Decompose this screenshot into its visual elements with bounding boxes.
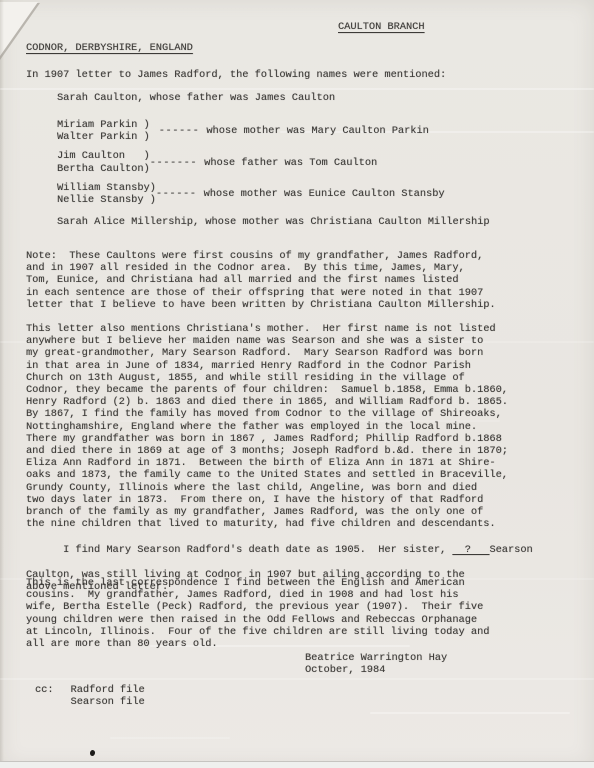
text-line: and died there in 1869 at age of 3 month… [26, 445, 508, 457]
group-names: William Stansby) Nellie Stansby ) [57, 182, 156, 206]
ink-dot [89, 750, 95, 757]
text-line: Nottinghamshire, England where the fathe… [26, 421, 508, 433]
text-line: Radford file [71, 684, 145, 696]
letter-history-paragraph: This letter also mentions Christiana's m… [26, 323, 508, 530]
connector-dashes: ------ [159, 125, 200, 137]
cc-label: cc: [35, 684, 54, 696]
text-line: Searson file [71, 696, 145, 708]
group-relation: whose mother was Eunice Caulton Stansby [204, 188, 445, 200]
connector-dashes: ------ [156, 188, 197, 200]
text-line: There my grandfather was born in 1867 , … [26, 433, 508, 445]
paper-streak [110, 737, 230, 739]
unknown-name-blank: ? [452, 544, 489, 556]
scanned-letter-page: CAULTON BRANCH CODNOR, DERBYSHIRE, ENGLA… [0, 0, 594, 768]
group-name-line: William Stansby) [57, 182, 156, 194]
signature-block: Beatrice Warrington Hay October, 1984 [305, 652, 447, 676]
text-line: This is the last correspondence I find b… [26, 577, 489, 589]
mention-millership: Sarah Alice Millership, whose mother was… [57, 216, 490, 228]
text-line: Church on 13th August, 1855, and while s… [26, 372, 508, 384]
bracket-groups: Miriam Parkin ) Walter Parkin ) ------ w… [57, 119, 445, 213]
text-line: Henry Radford (2) b. 1863 and died there… [26, 396, 508, 408]
text-line: letter that I believe to have been writt… [26, 299, 496, 311]
text-line: By 1867, I find the family has moved fro… [26, 408, 508, 420]
text-line: two days later in 1873. From there on, I… [26, 494, 508, 506]
text-line: branch of the family as my grandfather, … [26, 506, 508, 518]
text-line: all are more than 80 years old. [26, 638, 489, 650]
group-name-line: Miriam Parkin ) [57, 119, 150, 131]
text-line: cousins. My grandfather, James Radford, … [26, 589, 489, 601]
death-line1-prefix: I find Mary Searson Radford's death date… [63, 544, 452, 556]
page-title: CAULTON BRANCH [338, 21, 425, 33]
text-line: my great-grandmother, Mary Searson Radfo… [26, 347, 508, 359]
text-line: wife, Bertha Estelle (Peck) Radford, the… [26, 601, 489, 613]
text-line: at Lincoln, Illinois. Four of the five c… [26, 626, 489, 638]
text-line: Grundy County, Illinois where the last c… [26, 482, 508, 494]
paper-streak [0, 88, 594, 90]
text-line: Note: These Caultons were first cousins … [26, 250, 496, 262]
text-line: anywhere but I believe her maiden name w… [26, 335, 508, 347]
group-relation: whose father was Tom Caulton [204, 157, 377, 169]
group-relation: whose mother was Mary Caulton Parkin [206, 125, 428, 137]
text-line: and in 1907 all resided in the Codnor ar… [26, 262, 496, 274]
bracket-group-parkin: Miriam Parkin ) Walter Parkin ) ------ w… [57, 119, 445, 143]
text-line: young children were then raised in the O… [26, 614, 489, 626]
bracket-group-caulton: Jim Caulton ) Bertha Caulton) ------- wh… [57, 150, 445, 174]
closing-paragraph: This is the last correspondence I find b… [26, 577, 489, 650]
signature-date: October, 1984 [305, 664, 447, 676]
text-line: in each sentence are those of their offs… [26, 287, 496, 299]
group-name-line: Bertha Caulton) [57, 163, 150, 175]
text-line: Eliza Ann Radford in 1871. Between the b… [26, 457, 508, 469]
group-name-line: Walter Parkin ) [57, 131, 150, 143]
cc-block: cc: Radford fileSearson file [35, 684, 145, 708]
signature-name: Beatrice Warrington Hay [305, 652, 447, 664]
group-name-line: Nellie Stansby ) [57, 194, 156, 206]
mention-sarah-caulton: Sarah Caulton, whose father was James Ca… [57, 92, 335, 104]
death-line1-suffix: Searson [489, 544, 532, 556]
paper-left-edge [0, 0, 4, 768]
paper-streak [0, 678, 594, 680]
group-names: Miriam Parkin ) Walter Parkin ) [57, 119, 150, 143]
death-date-line1: I find Mary Searson Radford's death date… [26, 532, 533, 569]
paper-bottom-edge [0, 761, 594, 768]
group-name-line: Jim Caulton ) [57, 150, 150, 162]
text-line: the nine children that lived to maturity… [26, 518, 508, 530]
text-line: in that area in June of 1834, married He… [26, 360, 508, 372]
connector-dashes: ------- [150, 157, 197, 169]
text-line: This letter also mentions Christiana's m… [26, 323, 508, 335]
group-names: Jim Caulton ) Bertha Caulton) [57, 150, 150, 174]
paper-streak [370, 712, 570, 714]
intro-line: In 1907 letter to James Radford, the fol… [26, 69, 446, 81]
text-line: oaks and 1873, the family came to the Un… [26, 469, 508, 481]
text-line: Tom, Eunice, and Christiana had all marr… [26, 274, 496, 286]
location-heading: CODNOR, DERBYSHIRE, ENGLAND [26, 42, 193, 54]
bracket-group-stansby: William Stansby) Nellie Stansby ) ------… [57, 182, 445, 206]
text-line: Codnor, they became the parents of four … [26, 384, 508, 396]
cc-items: Radford fileSearson file [71, 684, 145, 708]
note-paragraph: Note: These Caultons were first cousins … [26, 250, 496, 311]
